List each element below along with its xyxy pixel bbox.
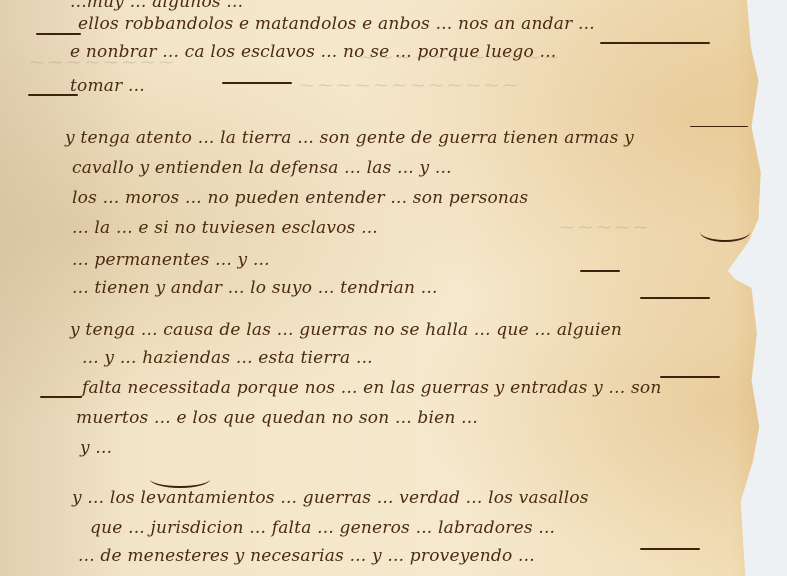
manuscript-line: ... de menesteres y necesarias ... y ...… xyxy=(78,546,535,566)
manuscript-line: ... y ... haziendas ... esta tierra ... xyxy=(82,348,373,368)
pen-stroke xyxy=(580,270,620,272)
manuscript-line: y ... los levantamientos ... guerras ...… xyxy=(72,488,589,508)
pen-stroke xyxy=(28,94,78,96)
manuscript-line: y ... xyxy=(80,438,112,458)
manuscript-line: ... tienen y andar ... lo suyo ... tendr… xyxy=(72,278,438,298)
manuscript-line: muertos ... e los que quedan no son ... … xyxy=(76,408,478,428)
pen-stroke xyxy=(600,42,710,44)
pen-stroke xyxy=(690,126,748,127)
manuscript-line: falta necessitada porque nos ... en las … xyxy=(82,378,661,398)
pen-stroke xyxy=(640,548,700,550)
manuscript-line: que ... jurisdicion ... falta ... genero… xyxy=(90,518,555,538)
manuscript-line: e nonbrar ... ca los esclavos ... no se … xyxy=(70,42,556,62)
manuscript-line: ...muy ... algunos ... xyxy=(70,0,243,12)
manuscript-line: ... permanentes ... y ... xyxy=(72,250,270,270)
pen-flourish xyxy=(700,222,750,242)
manuscript-line: tomar ... xyxy=(70,76,145,96)
pen-stroke xyxy=(660,376,720,378)
manuscript-line: y tenga ... causa de las ... guerras no … xyxy=(70,320,622,340)
manuscript-line: cavallo y entienden la defensa ... las .… xyxy=(72,158,452,178)
pen-flourish xyxy=(150,470,210,488)
manuscript-line: ... la ... e si no tuviesen esclavos ... xyxy=(72,218,378,238)
manuscript-line: los ... moros ... no pueden entender ...… xyxy=(72,188,528,208)
manuscript-line: ellos robbandolos e matandolos e anbos .… xyxy=(78,14,595,34)
manuscript-line: y tenga atento ... la tierra ... son gen… xyxy=(65,128,634,148)
pen-stroke xyxy=(222,82,292,84)
bleed-through-text: ⁓ ⁓ ⁓ ⁓ ⁓ ⁓ ⁓ ⁓ ⁓ ⁓ ⁓ ⁓ xyxy=(300,78,517,94)
pen-stroke xyxy=(40,396,82,398)
manuscript-page: ⁓ ⁓ ⁓ ⁓ ⁓ ⁓ ⁓ ⁓ ⁓ ⁓ ⁓ ⁓ ⁓ ⁓ ⁓ ⁓ ⁓ ⁓ ⁓ ⁓ … xyxy=(0,0,770,576)
pen-stroke xyxy=(640,297,710,299)
pen-stroke xyxy=(36,33,81,35)
bleed-through-text: ⁓ ⁓ ⁓ ⁓ ⁓ xyxy=(560,220,648,236)
